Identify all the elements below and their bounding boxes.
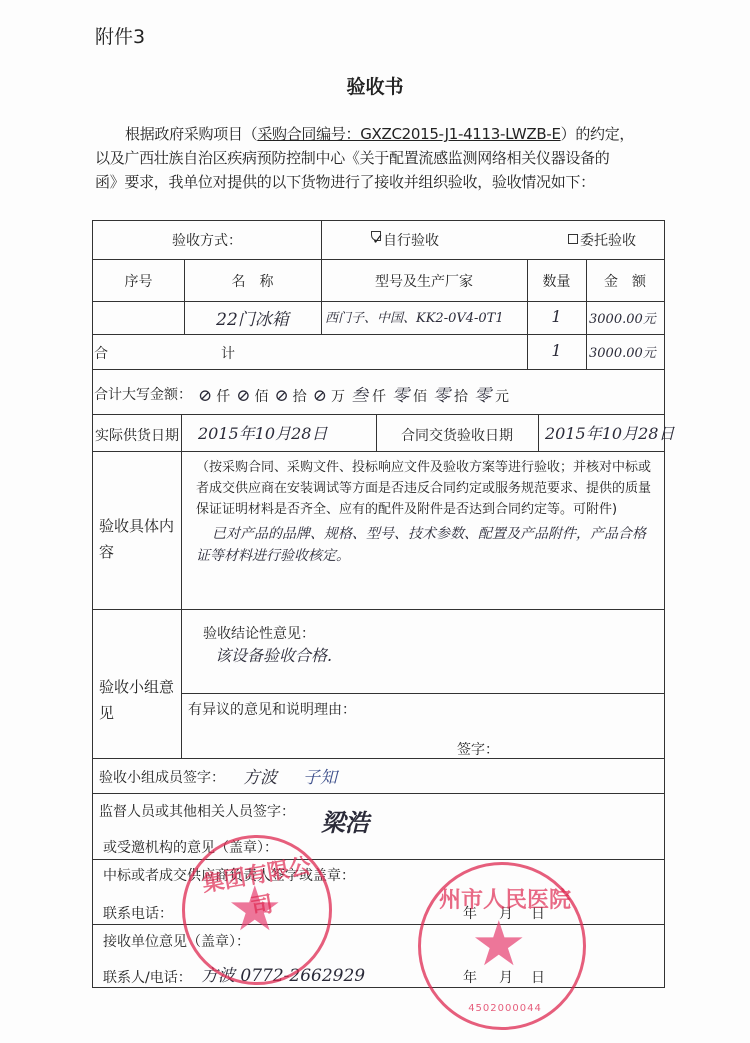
amount-unit: 拾 [293, 389, 307, 405]
group-opinion-label: 验收小组意见 [99, 674, 179, 726]
checkbox-checked-icon[interactable]: ✓ [371, 231, 381, 241]
stamp-number: 4502000044 [449, 1003, 561, 1014]
amount-digit: 零 [474, 386, 491, 406]
invited-org-label: 或受邀机构的意见（盖章）： [103, 837, 278, 857]
item-model: 西门子、中国、KK2-0V4-0T1 [325, 307, 504, 326]
method-entrust-label: 委托验收 [580, 233, 636, 249]
method-self-label: 自行验收 [383, 233, 439, 249]
intro-text: 根据政府采购项目（ [125, 125, 257, 143]
supplier-date: 年月日 [463, 903, 545, 923]
amount-digit: ⊘ [198, 386, 212, 406]
month-label: 月 [499, 970, 513, 986]
supplier-phone-label: 联系电话： [103, 903, 173, 923]
supervisor-signature-label: 监督人员或其他相关人员签字： [99, 801, 295, 821]
objection-label: 有异议的意见和说明理由： [188, 699, 356, 719]
contract-date-value: 2015年10月28日 [545, 421, 674, 444]
amount-unit: 万 [331, 389, 345, 405]
col-header-no: 序号 [93, 271, 184, 291]
year-label: 年 [463, 906, 477, 922]
contact-label: 联系人/电话： [103, 967, 192, 987]
actual-date-label: 实际供货日期 [93, 425, 181, 445]
col-header-amount: 金 额 [586, 271, 664, 291]
contract-number: 采购合同编号：GXZC2015-J1-4113-LWZB-E [257, 125, 560, 143]
contract-date-label: 合同交货验收日期 [376, 425, 538, 445]
receiver-date: 年月日 [463, 967, 545, 987]
method-self-option[interactable]: ✓自行验收 [371, 230, 439, 250]
conclusion-value: 该设备验收合格. [215, 643, 332, 666]
amount-words-parts: ⊘仟⊘佰⊘拾⊘万叁仟零佰零拾零元 [192, 381, 509, 406]
amount-words-label: 合计大写金额： [94, 384, 192, 404]
method-label: 验收方式： [93, 230, 321, 250]
month-label: 月 [499, 906, 513, 922]
year-label: 年 [463, 970, 477, 986]
supervisor-signature: 梁浩 [321, 803, 369, 838]
conclusion-label: 验收结论性意见： [203, 623, 315, 643]
intro-text: 以及广西壮族自治区疾病预防控制中心《关于配置流感监测网络相关仪器设备的 [95, 146, 675, 170]
amount-unit: 仟 [372, 389, 386, 405]
amount-unit: 佰 [413, 389, 427, 405]
intro-text: ）的约定， [561, 125, 635, 143]
item-qty: 1 [527, 307, 586, 326]
total-label-right: 计 [221, 343, 235, 363]
amount-unit: 拾 [454, 389, 468, 405]
amount-digit: 零 [433, 386, 450, 406]
page-title: 验收书 [0, 72, 750, 99]
amount-in-words-row: 合计大写金额： ⊘仟⊘佰⊘拾⊘万叁仟零佰零拾零元 [94, 381, 509, 406]
members-signature-label: 验收小组成员签字： [99, 767, 225, 787]
day-label: 日 [531, 906, 545, 922]
total-label-left: 合 [94, 343, 108, 363]
checkbox-unchecked-icon[interactable] [568, 234, 578, 244]
actual-date-value: 2015年10月28日 [198, 421, 327, 444]
amount-unit: 元 [495, 389, 509, 405]
intro-text: 函》要求，我单位对提供的以下货物进行了接收并组织验收，验收情况如下： [95, 170, 675, 194]
attachment-label: 附件3 [95, 22, 145, 49]
acceptance-form-table: 验收方式： ✓自行验收 委托验收 序号 名 称 型号及生产厂家 数量 金 额 2… [92, 220, 665, 988]
member-signature-1: 方波 [243, 763, 277, 788]
method-entrust-option[interactable]: 委托验收 [568, 230, 636, 250]
member-signature-2: 子知 [303, 763, 337, 788]
supplier-signature-label: 中标或者成交供应商负责人签字或盖章： [103, 865, 355, 885]
total-qty: 1 [527, 341, 586, 360]
total-amount: 3000.00元 [589, 342, 656, 361]
amount-unit: 佰 [255, 389, 269, 405]
col-header-model: 型号及生产厂家 [321, 271, 527, 291]
content-instructions: （按采购合同、采购文件、投标响应文件及验收方案等进行验收；并核对中标或者成交供应… [196, 457, 656, 520]
intro-paragraph: 根据政府采购项目（采购合同编号：GXZC2015-J1-4113-LWZB-E）… [95, 122, 675, 194]
content-label: 验收具体内容 [99, 513, 179, 565]
col-header-name: 名 称 [184, 271, 321, 291]
amount-digit: ⊘ [313, 386, 327, 406]
day-label: 日 [531, 970, 545, 986]
col-header-qty: 数量 [527, 271, 586, 291]
amount-digit: 零 [392, 386, 409, 406]
receiver-opinion-label: 接收单位意见（盖章）： [103, 931, 250, 951]
item-amount: 3000.00元 [589, 308, 656, 327]
amount-digit: ⊘ [275, 386, 289, 406]
contact-value: 方波 0772-2662929 [201, 961, 365, 986]
signature-label: 签字： [457, 739, 499, 759]
amount-digit: ⊘ [236, 386, 250, 406]
content-handwritten: 已对产品的品牌、规格、型号、技术参数、配置及产品附件，产品合格证等材料进行验收核… [196, 523, 656, 567]
item-name: 22门冰箱 [184, 305, 321, 330]
amount-unit: 仟 [216, 389, 230, 405]
amount-digit: 叁 [351, 386, 368, 406]
